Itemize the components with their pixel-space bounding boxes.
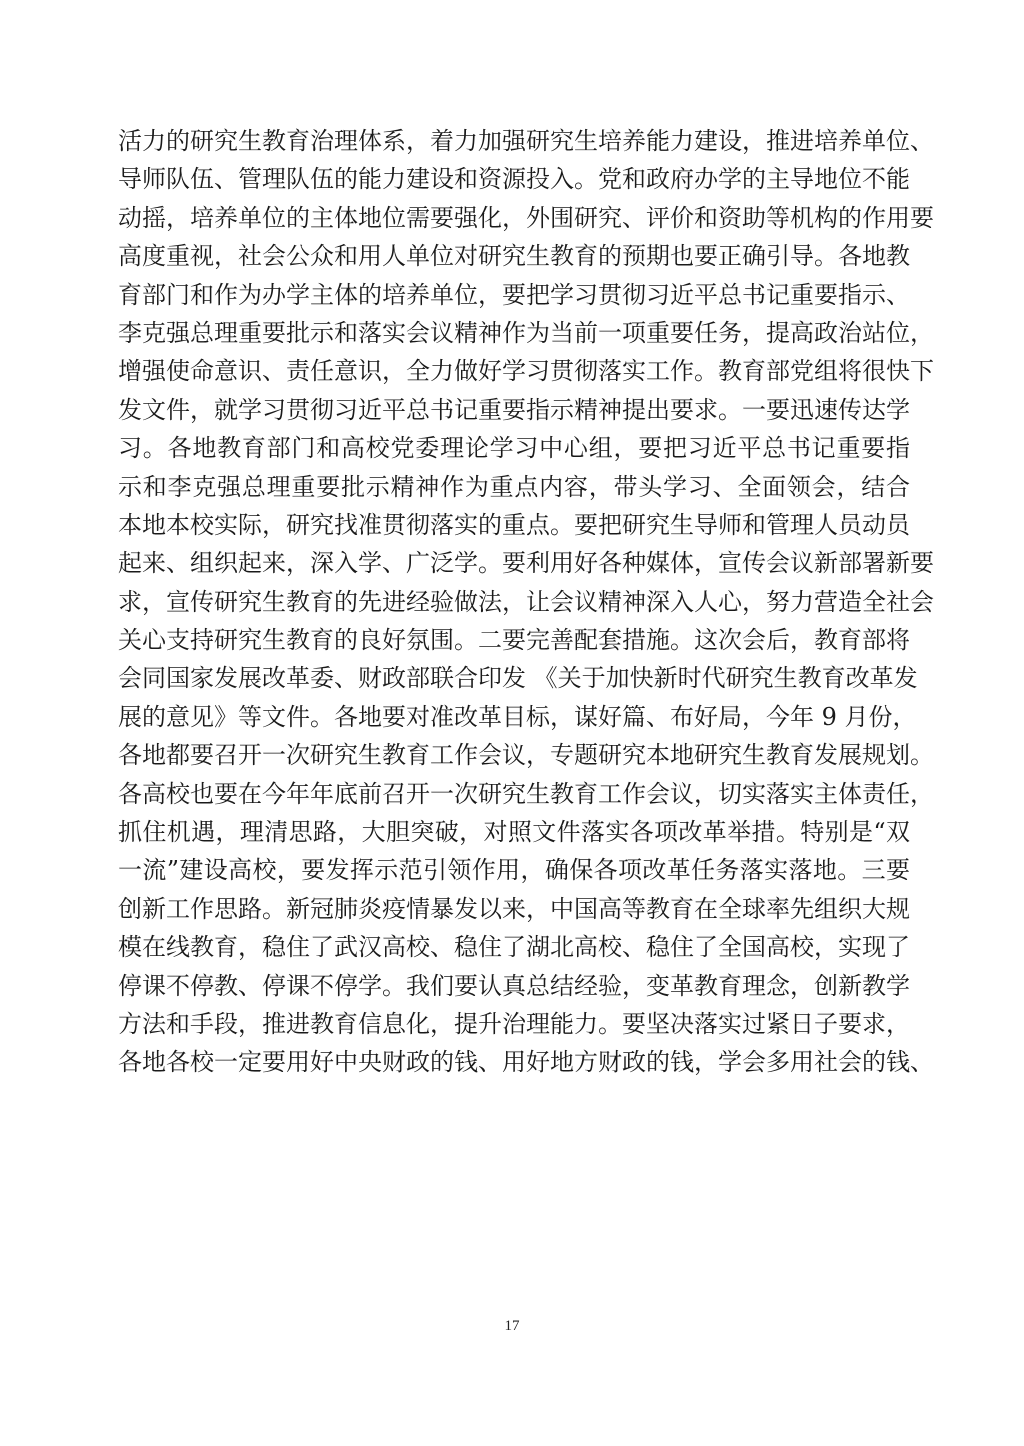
text-line: 本地本校实际，研究找准贯彻落实的重点。要把研究生导师和管理人员动员 bbox=[118, 506, 910, 544]
text-line: 起来、组织起来，深入学、广泛学。要利用好各种媒体，宣传会议新部署新要 bbox=[118, 544, 910, 582]
text-line: 动摇，培养单位的主体地位需要强化，外围研究、评价和资助等机构的作用要 bbox=[118, 199, 910, 237]
text-line: 育部门和作为办学主体的培养单位，要把学习贯彻习近平总书记重要指示、 bbox=[118, 276, 910, 314]
document-page: 活力的研究生教育治理体系，着力加强研究生培养能力建设，推进培养单位、 导师队伍、… bbox=[0, 0, 1024, 1446]
text-line: 一流”建设高校，要发挥示范引领作用，确保各项改革任务落实落地。三要 bbox=[118, 851, 910, 889]
text-line: 创新工作思路。新冠肺炎疫情暴发以来，中国高等教育在全球率先组织大规 bbox=[118, 890, 910, 928]
body-text: 活力的研究生教育治理体系，着力加强研究生培养能力建设，推进培养单位、 导师队伍、… bbox=[118, 122, 910, 1082]
text-line: 模在线教育，稳住了武汉高校、稳住了湖北高校、稳住了全国高校，实现了 bbox=[118, 928, 910, 966]
text-line: 求，宣传研究生教育的先进经验做法，让会议精神深入人心，努力营造全社会 bbox=[118, 583, 910, 621]
text-line: 抓住机遇，理清思路，大胆突破，对照文件落实各项改革举措。特别是“双 bbox=[118, 813, 910, 851]
text-line: 示和李克强总理重要批示精神作为重点内容，带头学习、全面领会，结合 bbox=[118, 468, 910, 506]
text-line: 会同国家发展改革委、财政部联合印发 《关于加快新时代研究生教育改革发 bbox=[118, 659, 910, 697]
text-line: 活力的研究生教育治理体系，着力加强研究生培养能力建设，推进培养单位、 bbox=[118, 122, 910, 160]
page-number: 17 bbox=[0, 1318, 1024, 1335]
text-line: 发文件，就学习贯彻习近平总书记重要指示精神提出要求。一要迅速传达学 bbox=[118, 391, 910, 429]
text-line: 关心支持研究生教育的良好氛围。二要完善配套措施。这次会后，教育部将 bbox=[118, 621, 910, 659]
text-line: 导师队伍、管理队伍的能力建设和资源投入。党和政府办学的主导地位不能 bbox=[118, 160, 910, 198]
text-line: 各地都要召开一次研究生教育工作会议，专题研究本地研究生教育发展规划。 bbox=[118, 736, 910, 774]
text-line: 方法和手段，推进教育信息化，提升治理能力。要坚决落实过紧日子要求， bbox=[118, 1005, 910, 1043]
text-line: 停课不停教、停课不停学。我们要认真总结经验，变革教育理念，创新教学 bbox=[118, 967, 910, 1005]
text-line: 习。各地教育部门和高校党委理论学习中心组，要把习近平总书记重要指 bbox=[118, 429, 910, 467]
text-line: 增强使命意识、责任意识，全力做好学习贯彻落实工作。教育部党组将很快下 bbox=[118, 352, 910, 390]
text-line: 李克强总理重要批示和落实会议精神作为当前一项重要任务，提高政治站位， bbox=[118, 314, 910, 352]
text-line: 展的意见》等文件。各地要对准改革目标，谋好篇、布好局，今年 9 月份， bbox=[118, 698, 910, 736]
text-line: 高度重视，社会公众和用人单位对研究生教育的预期也要正确引导。各地教 bbox=[118, 237, 910, 275]
text-line: 各地各校一定要用好中央财政的钱、用好地方财政的钱，学会多用社会的钱、 bbox=[118, 1043, 910, 1081]
text-line: 各高校也要在今年年底前召开一次研究生教育工作会议，切实落实主体责任， bbox=[118, 775, 910, 813]
